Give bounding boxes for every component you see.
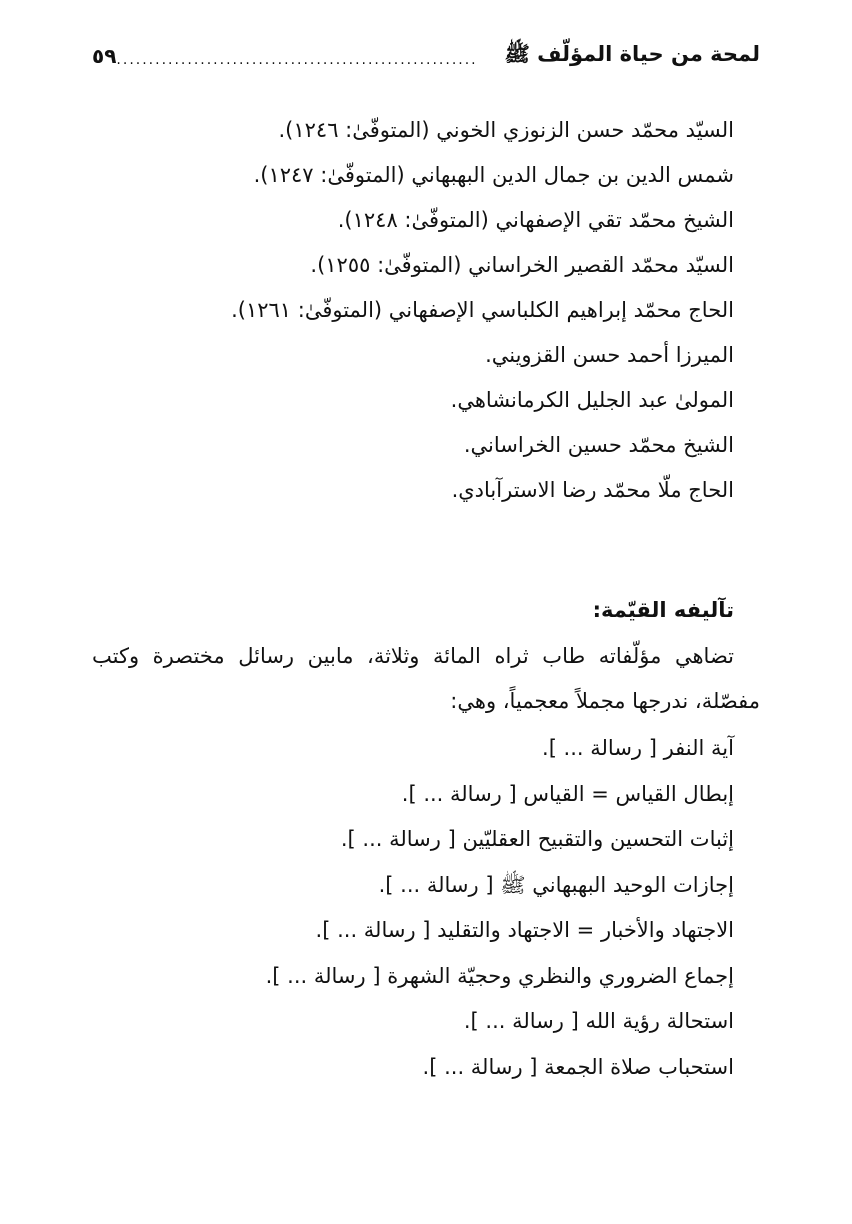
page-number: ٥٩ [92,44,116,68]
teachers-list: السيّد محمّد حسن الزنوزي الخوني (المتوفّ… [80,108,734,513]
list-item: إجازات الوحيد البهبهاني ﷺ [ رسالة ... ]. [80,863,734,909]
list-item: آية النفر [ رسالة ... ]. [80,726,734,772]
list-item: الشيخ محمّد حسين الخراساني. [80,423,734,468]
list-item: الحاج ملّا محمّد رضا الاسترآبادي. [80,468,734,513]
running-header: لمحة من حياة المؤلّف ﷺ .................… [92,38,760,74]
leader-dots: ........................................… [116,45,476,67]
list-item: إبطال القياس = القياس [ رسالة ... ]. [80,772,734,818]
list-item: شمس الدين بن جمال الدين البهبهاني (المتو… [80,153,734,198]
intro-paragraph: تضاهي مؤلّفاته طاب ثراه المائة وثلاثة، م… [92,634,760,724]
list-item: الحاج محمّد إبراهيم الكلباسي الإصفهاني (… [80,288,734,333]
running-header-title: لمحة من حياة المؤلّف ﷺ [504,41,760,72]
works-list: آية النفر [ رسالة ... ]. إبطال القياس = … [80,726,734,1090]
list-item: استحالة رؤية الله [ رسالة ... ]. [80,999,734,1045]
list-item: إثبات التحسين والتقبيح العقليّين [ رسالة… [80,817,734,863]
list-item: الميرزا أحمد حسن القزويني. [80,333,734,378]
list-item: المولىٰ عبد الجليل الكرمانشاهي. [80,378,734,423]
list-item: السيّد محمّد القصير الخراساني (المتوفّىٰ… [80,243,734,288]
section-heading: تآليفه القيّمة: [593,590,734,630]
book-page: لمحة من حياة المؤلّف ﷺ .................… [0,0,852,1224]
list-item: الشيخ محمّد تقي الإصفهاني (المتوفّىٰ: ١٢… [80,198,734,243]
list-item: إجماع الضروري والنظري وحجيّة الشهرة [ رس… [80,954,734,1000]
list-item: السيّد محمّد حسن الزنوزي الخوني (المتوفّ… [80,108,734,153]
list-item: الاجتهاد والأخبار = الاجتهاد والتقليد [ … [80,908,734,954]
list-item: استحباب صلاة الجمعة [ رسالة ... ]. [80,1045,734,1091]
